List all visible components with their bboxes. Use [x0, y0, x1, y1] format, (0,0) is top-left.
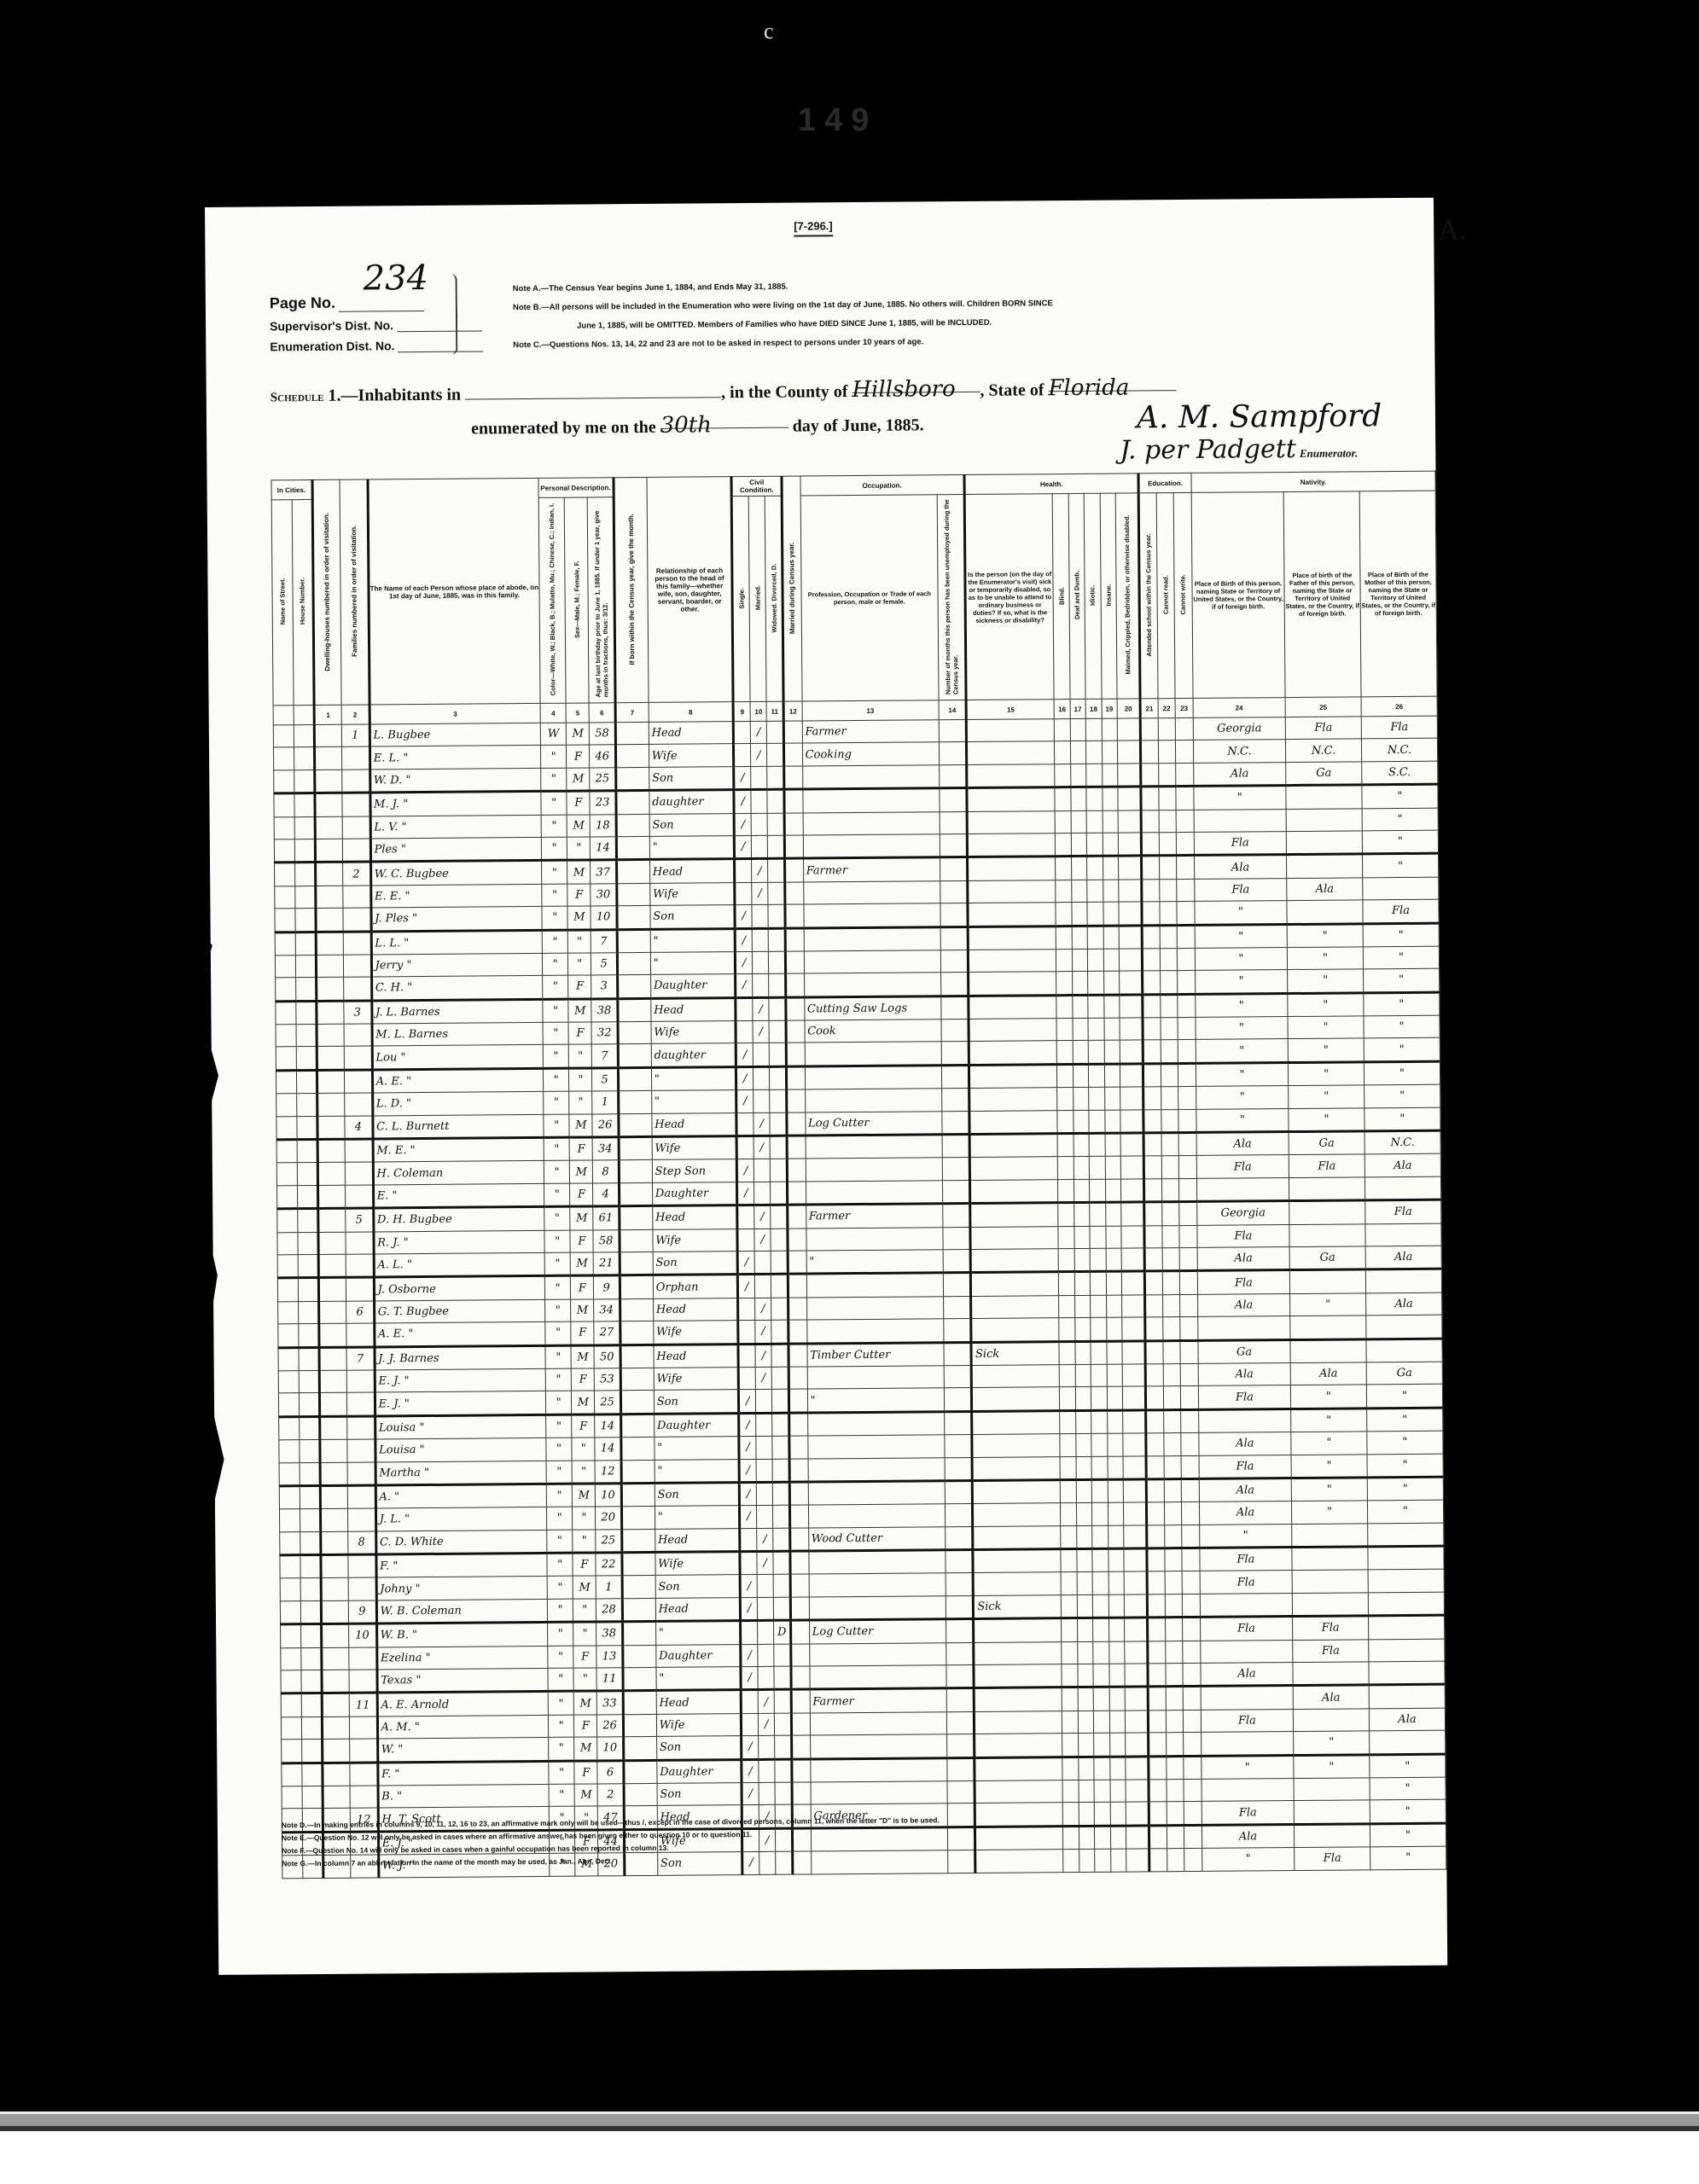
cell-blind — [1055, 719, 1071, 742]
cell-sex: M — [573, 1576, 596, 1599]
cell-color: " — [543, 1045, 569, 1069]
cell-color: " — [544, 1252, 571, 1276]
cell-cannot-write — [1180, 1317, 1198, 1341]
cell-age: 20 — [596, 1507, 622, 1530]
cell-house — [294, 863, 315, 886]
cell-idiotic — [1088, 972, 1104, 996]
cell-street — [279, 1416, 300, 1440]
cell-widowed-divorced — [769, 1020, 786, 1043]
cell-cannot-read — [1162, 1294, 1180, 1317]
cell-age: 18 — [591, 814, 617, 837]
cell-sex: M — [574, 1691, 597, 1715]
cell-house — [301, 1693, 322, 1717]
cell-married: / — [753, 997, 770, 1021]
cell-maimed — [1122, 1386, 1145, 1410]
cell-color: " — [543, 1068, 569, 1092]
cell-deaf-dumb — [1077, 1641, 1093, 1664]
cell-attended-school — [1147, 1571, 1165, 1594]
cell-street — [275, 932, 295, 955]
cell-age: 25 — [595, 1391, 621, 1414]
cell-idiotic — [1093, 1711, 1109, 1734]
cell-cannot-write — [1184, 1849, 1202, 1872]
cell-married — [751, 835, 768, 859]
cell-months-unemployed — [942, 1111, 970, 1135]
cell-sex: F — [572, 1414, 595, 1438]
cell-sex: " — [568, 953, 591, 976]
cell-idiotic — [1091, 1410, 1108, 1434]
cell-widowed-divorced — [767, 744, 784, 767]
cell-single — [741, 1621, 758, 1645]
cell-single: / — [739, 1390, 756, 1414]
cell-born-month — [623, 1667, 656, 1691]
cell-idiotic — [1092, 1594, 1108, 1618]
cell-dwelling — [317, 1093, 345, 1116]
cell-name: A. L. " — [374, 1252, 545, 1277]
cell-idiotic — [1086, 810, 1103, 834]
col-header-22: Cannot read. — [1156, 493, 1175, 699]
cell-family — [342, 839, 370, 863]
cell-family — [344, 977, 372, 1001]
cell-married — [751, 813, 768, 836]
cell-months-unemployed — [947, 1804, 975, 1827]
cell-maimed — [1120, 1110, 1143, 1134]
cell-name: W. C. Bugbee — [370, 861, 542, 886]
cell-mother-birthplace: " — [1367, 1500, 1443, 1523]
county-label: , in the County of — [721, 382, 848, 402]
cell-sickness — [972, 1387, 1060, 1411]
cell-months-unemployed — [941, 1019, 969, 1043]
cell-birthplace: Fla — [1202, 1801, 1295, 1825]
cell-name: W. B. " — [376, 1623, 548, 1647]
cell-single: / — [735, 835, 752, 859]
cell-months-unemployed — [945, 1411, 973, 1435]
cell-family — [347, 1416, 375, 1440]
cell-cannot-write — [1177, 902, 1195, 926]
cell-color: " — [544, 1114, 570, 1138]
cell-married-in-year — [791, 1666, 810, 1690]
cell-widowed-divorced — [774, 1666, 791, 1690]
cell-born-month — [618, 1091, 651, 1114]
col-header-2: Families numbered in order of visitation… — [340, 479, 369, 705]
cell-deaf-dumb — [1074, 1248, 1091, 1272]
enumerator-signature: A. M. Sampford J. per Padgett Enumerator… — [1120, 398, 1428, 466]
cell-house — [295, 932, 316, 955]
cell-sickness — [968, 857, 1056, 880]
cell-sickness — [975, 1734, 1062, 1757]
cell-cannot-read — [1160, 994, 1178, 1018]
col-header-25: Place of birth of the Father of this per… — [1283, 491, 1361, 698]
cell-married — [756, 1413, 773, 1437]
cell-deaf-dumb — [1078, 1664, 1094, 1687]
cell-mother-birthplace — [1368, 1546, 1444, 1570]
group-education: Education. — [1138, 473, 1191, 492]
cell-birthplace — [1201, 1732, 1294, 1756]
cell-maimed — [1120, 1179, 1143, 1203]
cell-attended-school — [1149, 1849, 1167, 1872]
cell-name: J. J. Barnes — [375, 1345, 546, 1370]
cell-insane — [1107, 1410, 1123, 1434]
cell-sickness — [975, 1826, 1063, 1850]
cell-cannot-read — [1160, 902, 1178, 926]
cell-cannot-read — [1166, 1687, 1184, 1711]
cell-born-month — [617, 975, 650, 999]
cell-insane — [1108, 1641, 1125, 1664]
cell-street — [276, 1116, 297, 1140]
cell-married — [756, 1436, 773, 1459]
cell-occupation — [806, 1273, 944, 1298]
cell-attended-school — [1148, 1711, 1166, 1734]
cell-sickness — [973, 1549, 1061, 1573]
cell-name: Ples " — [370, 837, 542, 862]
cell-sex: F — [567, 791, 590, 815]
cell-cannot-write — [1183, 1663, 1201, 1687]
cell-insane — [1107, 1433, 1123, 1456]
cell-father-birthplace — [1294, 1778, 1370, 1801]
cell-deaf-dumb — [1073, 1088, 1089, 1111]
cell-house — [296, 1001, 317, 1025]
cell-street — [282, 1763, 302, 1786]
cell-relationship: " — [650, 928, 736, 952]
cell-idiotic — [1094, 1733, 1110, 1757]
cell-dwelling — [318, 1301, 346, 1324]
cell-house — [295, 955, 316, 978]
cell-idiotic — [1087, 857, 1103, 880]
cell-house — [297, 1185, 317, 1209]
cell-cannot-read — [1160, 971, 1178, 995]
cell-birthplace: Ala — [1199, 1432, 1292, 1455]
state-label: , State of — [980, 380, 1044, 400]
cell-family — [342, 793, 370, 816]
cell-occupation — [805, 1042, 942, 1066]
cell-sickness — [972, 1410, 1060, 1434]
cell-family: 5 — [346, 1208, 374, 1232]
cell-father-birthplace — [1286, 808, 1362, 831]
cell-dwelling — [317, 1070, 345, 1094]
cell-blind — [1062, 1594, 1078, 1618]
cell-widowed-divorced — [771, 1159, 788, 1182]
cell-father-birthplace — [1294, 1800, 1370, 1824]
cell-color: " — [544, 1137, 570, 1161]
cell-sickness — [975, 1780, 1062, 1804]
cell-name: Louisa " — [375, 1414, 546, 1439]
cell-single: / — [735, 813, 752, 836]
cell-dwelling — [319, 1347, 347, 1371]
cell-occupation — [808, 1481, 946, 1506]
cell-sickness — [969, 1134, 1057, 1158]
cell-relationship: Wife — [652, 1136, 737, 1160]
cell-sickness — [969, 1088, 1057, 1111]
cell-cannot-read — [1162, 1271, 1180, 1295]
cell-cannot-read — [1165, 1641, 1183, 1664]
cell-married: / — [757, 1528, 774, 1552]
cell-occupation — [807, 1411, 945, 1436]
cell-attended-school — [1143, 994, 1161, 1018]
cell-months-unemployed — [940, 973, 969, 996]
cell-cannot-write — [1181, 1409, 1199, 1433]
cell-dwelling — [319, 1393, 347, 1417]
cell-widowed-divorced — [767, 766, 784, 790]
cell-maimed — [1119, 949, 1142, 972]
cell-relationship: Head — [649, 722, 734, 745]
cell-blind — [1062, 1687, 1078, 1711]
cell-attended-school — [1149, 1802, 1167, 1826]
note-c: Note C.—Questions Nos. 13, 14, 22 and 23… — [513, 332, 1053, 355]
form-code: [7-296.] — [794, 219, 833, 236]
cell-idiotic — [1087, 902, 1103, 926]
cell-deaf-dumb — [1074, 1110, 1090, 1134]
cell-blind — [1062, 1711, 1079, 1734]
cell-months-unemployed — [944, 1342, 972, 1366]
cell-idiotic — [1088, 1018, 1104, 1041]
cell-cannot-write — [1184, 1756, 1202, 1780]
cell-family: 9 — [348, 1600, 376, 1624]
cell-house — [299, 1416, 319, 1440]
cell-born-month — [620, 1345, 654, 1368]
cell-sickness — [972, 1434, 1060, 1457]
cell-insane — [1103, 949, 1120, 972]
cell-color: " — [546, 1484, 573, 1507]
cell-dwelling — [322, 1763, 350, 1786]
cell-idiotic — [1087, 880, 1103, 903]
cell-age: 14 — [595, 1414, 621, 1438]
cell-born-month — [619, 1160, 652, 1183]
cell-dwelling — [320, 1462, 348, 1486]
page-no-field — [339, 299, 424, 312]
cell-deaf-dumb — [1074, 1133, 1090, 1157]
enumerator-per: J. per Padgett — [1120, 434, 1296, 466]
cell-widowed-divorced — [771, 1182, 788, 1205]
cell-birthplace: Fla — [1200, 1548, 1293, 1571]
cell-relationship: Step Son — [652, 1159, 737, 1182]
cell-age: 30 — [591, 883, 617, 906]
cell-dwelling — [317, 1139, 346, 1163]
cell-sickness — [969, 972, 1056, 996]
cell-relationship: Head — [654, 1344, 739, 1368]
cell-mother-birthplace — [1369, 1639, 1445, 1662]
cell-name: D. H. Bugbee — [373, 1207, 544, 1232]
cell-father-birthplace — [1293, 1709, 1369, 1732]
cell-age: 23 — [590, 791, 616, 815]
cell-maimed — [1124, 1525, 1147, 1549]
col-header-3: The Name of each Person whose place of a… — [368, 478, 540, 705]
cell-months-unemployed — [940, 788, 968, 812]
cell-house — [298, 1232, 318, 1255]
cell-single: / — [741, 1644, 758, 1667]
cell-born-month — [618, 1067, 651, 1091]
col-header-13: Profession, Occupation or Trade of each … — [800, 495, 939, 701]
cell-sickness — [975, 1850, 1063, 1873]
cell-sex: M — [571, 1299, 594, 1322]
cell-dwelling — [317, 1024, 345, 1047]
cell-father-birthplace — [1289, 1223, 1365, 1246]
cell-family: 7 — [346, 1347, 375, 1371]
cell-relationship: Son — [655, 1575, 741, 1598]
col-header-15: Is the person (on the day of the Enumera… — [965, 494, 1055, 700]
cell-months-unemployed — [942, 1180, 970, 1204]
cell-occupation — [809, 1642, 946, 1666]
cell-age: 58 — [593, 1229, 620, 1252]
cell-family — [350, 1786, 378, 1809]
cell-insane — [1104, 1110, 1120, 1134]
film-mark: c — [764, 19, 774, 44]
group-in-cities: In Cities. — [271, 480, 312, 500]
cell-married-in-year — [792, 1735, 811, 1759]
cell-cannot-write — [1183, 1641, 1201, 1664]
cell-family — [342, 816, 370, 839]
cell-born-month — [624, 1760, 657, 1784]
cell-blind — [1056, 1019, 1073, 1042]
cell-dwelling — [314, 747, 342, 770]
cell-cannot-read — [1162, 1248, 1180, 1272]
cell-dwelling — [315, 863, 343, 886]
cell-sex: " — [573, 1622, 596, 1646]
cell-family — [347, 1461, 375, 1485]
cell-insane — [1110, 1826, 1126, 1850]
cell-idiotic — [1090, 1179, 1106, 1203]
cell-mother-birthplace: " — [1363, 923, 1439, 947]
cell-family — [346, 1232, 374, 1255]
cell-deaf-dumb — [1078, 1711, 1094, 1734]
cell-dwelling — [321, 1600, 349, 1624]
cell-blind — [1056, 880, 1072, 903]
cell-idiotic — [1092, 1548, 1108, 1572]
cell-widowed-divorced — [775, 1735, 792, 1759]
cell-street — [277, 1278, 298, 1302]
cell-married — [754, 1251, 771, 1275]
cell-idiotic — [1089, 1088, 1105, 1111]
cell-deaf-dumb — [1074, 1318, 1091, 1342]
cell-cannot-write — [1183, 1687, 1201, 1711]
cell-attended-school — [1143, 1156, 1161, 1179]
cell-birthplace: Fla — [1197, 1270, 1290, 1294]
cell-cannot-write — [1184, 1779, 1202, 1802]
cell-street — [281, 1693, 301, 1717]
cell-name: J. Osborne — [374, 1276, 545, 1301]
cell-married — [756, 1459, 773, 1483]
cell-sickness — [971, 1249, 1059, 1273]
cell-idiotic — [1091, 1433, 1108, 1456]
cell-widowed-divorced — [772, 1436, 789, 1459]
cell-birthplace: Ala — [1198, 1362, 1291, 1385]
cell-family — [344, 1046, 372, 1070]
cell-relationship: Wife — [653, 1228, 738, 1252]
group-health: Health. — [964, 473, 1138, 495]
cell-months-unemployed — [943, 1296, 971, 1319]
cell-single — [739, 1367, 756, 1390]
cell-relationship: Head — [651, 997, 736, 1021]
cell-occupation — [806, 1227, 943, 1251]
cell-cannot-read — [1161, 1178, 1179, 1202]
cell-age: 1 — [596, 1576, 623, 1599]
cell-idiotic — [1095, 1849, 1111, 1872]
cell-family: 8 — [348, 1531, 376, 1555]
cell-mother-birthplace: " — [1367, 1477, 1443, 1501]
cell-sex: M — [570, 1252, 593, 1276]
cell-house — [301, 1647, 322, 1670]
cell-age: 25 — [596, 1529, 622, 1553]
cell-name: W. D. " — [369, 768, 541, 793]
cell-dwelling — [316, 955, 344, 978]
cell-widowed-divorced — [768, 882, 785, 905]
cell-married-in-year — [786, 1043, 805, 1066]
cell-attended-school — [1142, 856, 1160, 880]
cell-age: 37 — [591, 860, 617, 884]
cell-single — [736, 997, 753, 1021]
cell-birthplace: Ala — [1201, 1663, 1294, 1687]
cell-widowed-divorced — [769, 928, 786, 952]
cell-sex: F — [568, 975, 591, 999]
cell-married-in-year — [784, 789, 803, 813]
cell-mother-birthplace: " — [1363, 946, 1439, 969]
cell-birthplace: " — [1199, 1524, 1292, 1548]
cell-insane — [1104, 1018, 1120, 1041]
cell-cannot-write — [1180, 1363, 1198, 1386]
cell-single: / — [742, 1736, 759, 1760]
cell-occupation — [804, 950, 941, 974]
cell-dwelling — [314, 724, 342, 747]
cell-maimed — [1126, 1849, 1149, 1872]
cell-relationship: Wife — [651, 1021, 736, 1044]
cell-months-unemployed — [943, 1204, 971, 1228]
cell-insane — [1109, 1757, 1126, 1780]
cell-insane — [1108, 1594, 1125, 1618]
cell-married-in-year — [792, 1759, 811, 1783]
cell-idiotic — [1086, 764, 1103, 787]
film-edge — [0, 2111, 1699, 2126]
cell-relationship: Wife — [654, 1368, 739, 1391]
cell-cannot-read — [1163, 1363, 1181, 1386]
cell-occupation — [810, 1734, 947, 1759]
cell-street — [275, 863, 295, 886]
cell-blind — [1062, 1757, 1079, 1780]
cell-insane — [1102, 741, 1118, 764]
cell-father-birthplace — [1286, 831, 1362, 855]
cell-relationship: Son — [649, 766, 734, 790]
cell-street — [280, 1555, 300, 1579]
cell-attended-school — [1143, 1109, 1161, 1133]
cell-relationship: " — [655, 1459, 740, 1483]
cell-occupation: Farmer — [802, 720, 940, 744]
cell-cannot-write — [1184, 1733, 1202, 1757]
cell-street — [276, 978, 296, 1002]
cell-maimed — [1126, 1733, 1149, 1757]
cell-dwelling — [316, 978, 344, 1002]
cell-married: / — [758, 1713, 775, 1736]
cell-idiotic — [1094, 1803, 1110, 1827]
cell-cannot-write — [1182, 1571, 1200, 1594]
cell-name: J. Ples " — [371, 907, 543, 932]
cell-mother-birthplace: " — [1364, 992, 1440, 1016]
cell-color: " — [545, 1368, 572, 1391]
cell-insane — [1106, 1295, 1122, 1318]
cell-born-month — [617, 952, 650, 975]
cell-idiotic — [1090, 1272, 1106, 1296]
cell-birthplace: " — [1196, 1062, 1289, 1086]
cell-house — [299, 1347, 319, 1371]
cell-father-birthplace: " — [1289, 1062, 1364, 1086]
cell-attended-school — [1145, 1294, 1163, 1317]
cell-color: " — [547, 1577, 573, 1600]
cell-dwelling — [318, 1278, 346, 1302]
cell-married — [751, 766, 768, 790]
cell-cannot-write — [1178, 948, 1196, 971]
cell-maimed — [1118, 764, 1141, 787]
cell-house — [294, 747, 314, 770]
cell-sex: M — [567, 723, 590, 746]
cell-blind — [1057, 1134, 1074, 1158]
cell-cannot-read — [1158, 718, 1176, 741]
cell-blind — [1063, 1826, 1079, 1850]
